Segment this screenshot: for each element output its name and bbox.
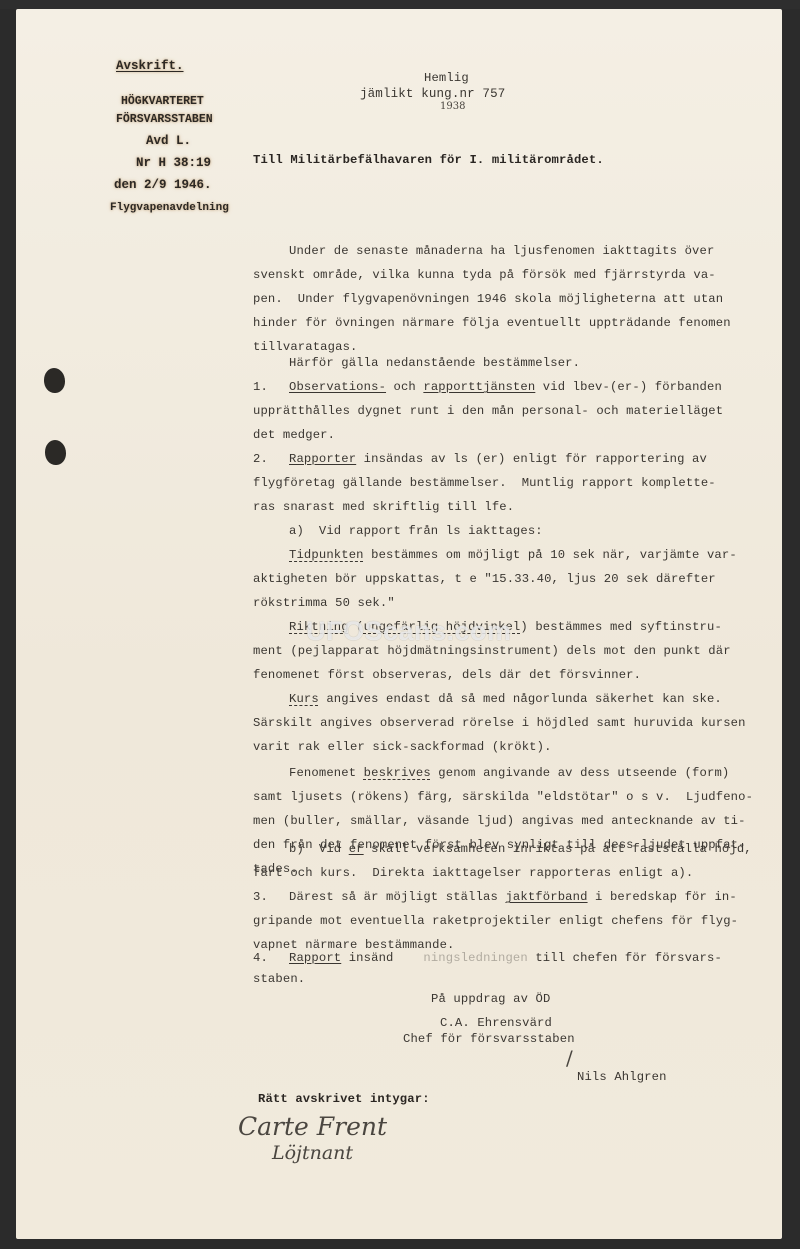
item-text: Fenomenet beskrives genom angivande av d… (289, 766, 729, 780)
on-behalf-line: På uppdrag av ÖD (431, 992, 550, 1006)
stamp-line: Nr H 38:19 (136, 156, 211, 170)
handwritten-signature: Carte Frent (238, 1112, 387, 1141)
stamp-line: Flygvapenavdelning (110, 201, 229, 215)
text-line: staben. (253, 972, 305, 986)
text-line: varit rak eller sick-sackformad (krökt). (253, 740, 552, 754)
handwritten-rank: Löjtnant (272, 1142, 353, 1164)
stamp-line: Avd L. (146, 134, 191, 148)
classification-reference: jämlikt kung.nr 757 (360, 87, 505, 101)
item-number: 2. (253, 452, 268, 466)
sub-heading: a) Vid rapport från ls iakttages: (289, 524, 543, 538)
underlined-term: Rapporter (289, 452, 356, 466)
text-line: det medger. (253, 428, 335, 442)
faded-text: ningsledningen (394, 951, 528, 965)
underlined-term: Rapport (289, 951, 341, 965)
underlined-term: Observations- (289, 380, 386, 394)
item-text: Rapport insänd ningsledningen till chefe… (289, 951, 722, 965)
stamp-line: FÖRSVARSSTABEN (116, 113, 213, 127)
certification-label: Rätt avskrivet intygar: (258, 1092, 430, 1106)
signatory-name: C.A. Ehrensvärd (440, 1016, 552, 1030)
text-span: genom angivande av dess utseende (form) (431, 766, 730, 780)
item-text: Observations- och rapporttjänsten vid lb… (289, 380, 722, 394)
text-line: vapnet närmare bestämmande. (253, 938, 455, 952)
item-text: Kurs angives endast då så med någorlunda… (289, 692, 722, 706)
item-text: Rapporter insändas av ls (er) enligt för… (289, 452, 707, 466)
text-line: rökstrimma 50 sek." (253, 596, 395, 610)
item-text: Tidpunkten bestämmes om möjligt på 10 se… (289, 548, 737, 562)
text-line: fenomenet först observeras, dels där det… (253, 668, 641, 682)
text-span: angives endast då så med någorlunda säke… (319, 692, 722, 706)
text-line: upprätthålles dygnet runt i den mån pers… (253, 404, 723, 418)
text-line: gripande mot eventuella raketprojektiler… (253, 914, 738, 928)
signatory-title: Chef för försvarsstaben (403, 1032, 575, 1046)
text-line: samt ljusets (rökens) färg, särskilda "e… (253, 790, 753, 804)
item-text: b) Vid er skall verksamheten inriktas på… (289, 842, 752, 856)
item-number: 4. (253, 951, 268, 965)
therefore-line: Härför gälla nedanstående bestämmelser. (289, 356, 580, 370)
text-line: tillvaratagas. (253, 340, 358, 354)
punch-hole-icon (45, 440, 66, 465)
text-span: insändas av ls (er) enligt för rapporter… (356, 452, 707, 466)
classification-level: Hemlig (424, 71, 469, 85)
text-line: flygföretag gällande bestämmelser. Muntl… (253, 476, 716, 490)
underlined-term: Tidpunkten (289, 548, 364, 562)
signature-slash: / (566, 1046, 573, 1070)
text-span: Fenomenet (289, 766, 364, 780)
text-line: ras snarast med skriftlig till lfe. (253, 500, 514, 514)
text-line: pen. Under flygvapenövningen 1946 skola … (253, 292, 723, 306)
text-line: fart och kurs. Direkta iakttagelser rapp… (253, 866, 693, 880)
underlined-term: beskrives (364, 766, 431, 780)
watermark: UFOScans.com (306, 616, 512, 647)
item-text: Därest så är möjligt ställas jaktförband… (289, 890, 737, 904)
text-span: skall verksamheten inriktas på att fasts… (364, 842, 752, 856)
text-span: ) bestämmes med syftinstru- (520, 620, 722, 634)
recipient-line: Till Militärbefälhavaren för I. militäro… (253, 153, 604, 167)
text-span: insänd (341, 951, 393, 965)
text-span: b) Vid (289, 842, 349, 856)
underlined-term: Kurs (289, 692, 319, 706)
copy-label: Avskrift. (116, 59, 184, 73)
text-line: men (buller, smällar, väsande ljud) angi… (253, 814, 746, 828)
underlined-term: er (349, 842, 364, 856)
stamp-line: HÖGKVARTERET (121, 95, 204, 109)
text-line: Under de senaste månaderna ha ljusfenome… (289, 244, 714, 258)
scan-top-edge (0, 0, 800, 9)
text-span: bestämmes om möjligt på 10 sek när, varj… (364, 548, 737, 562)
underlined-term: jaktförband (505, 890, 587, 904)
text-line: svenskt område, vilka kunna tyda på förs… (253, 268, 716, 282)
text-span: och (386, 380, 423, 394)
text-span: Därest så är möjligt ställas (289, 890, 505, 904)
text-line: hinder för övningen närmare följa eventu… (253, 316, 731, 330)
text-span: till chefen för försvars- (528, 951, 722, 965)
text-line: aktigheten bör uppskattas, t e "15.33.40… (253, 572, 716, 586)
underlined-term: rapporttjänsten (423, 380, 535, 394)
item-number: 3. (253, 890, 268, 904)
text-span: i beredskap för in- (588, 890, 737, 904)
punch-hole-icon (44, 368, 65, 393)
item-number: 1. (253, 380, 268, 394)
stamp-line: den 2/9 1946. (114, 178, 212, 192)
text-line: Särskilt angives observerad rörelse i hö… (253, 716, 746, 730)
classification-year: 1938 (440, 101, 465, 112)
text-span: vid lbev-(er-) förbanden (535, 380, 722, 394)
countersign-name: Nils Ahlgren (577, 1070, 667, 1084)
